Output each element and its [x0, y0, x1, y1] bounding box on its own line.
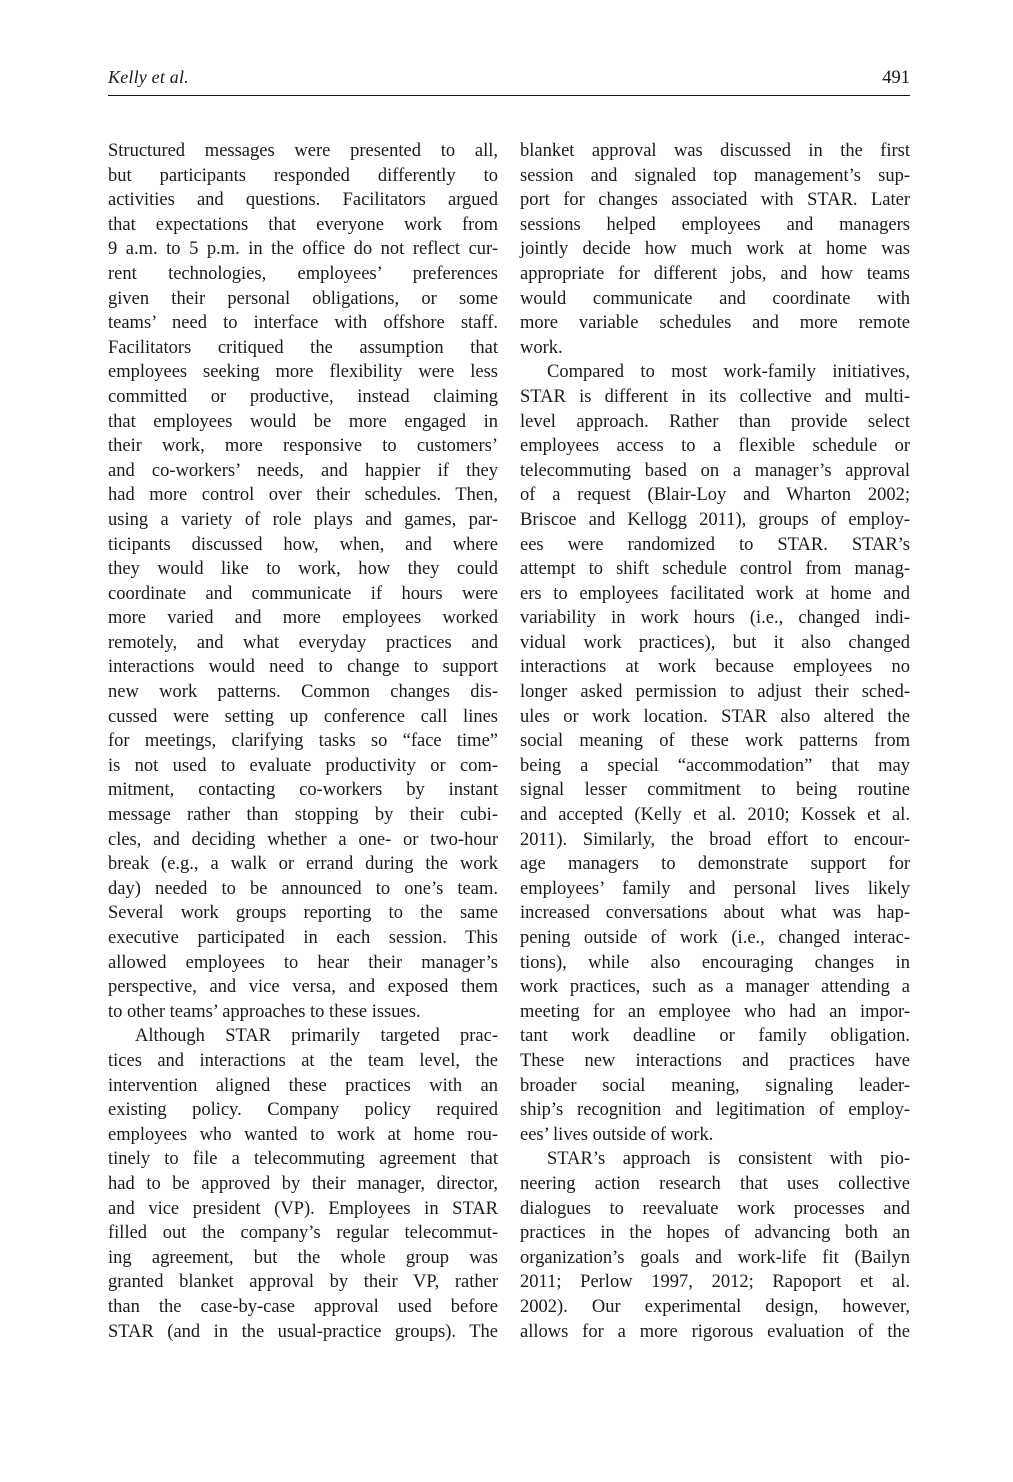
- text-line: break (e.g., a walk or errand during the…: [108, 852, 498, 877]
- text-line: STAR (and in the usual-practice groups).…: [108, 1320, 498, 1345]
- paragraph: Compared to most work-family initiatives…: [520, 360, 910, 1147]
- text-line: tions), while also encouraging changes i…: [520, 951, 910, 976]
- text-line: STAR is different in its collective and …: [520, 385, 910, 410]
- text-line: new work patterns. Common changes dis-: [108, 680, 498, 705]
- text-line: had to be approved by their manager, dir…: [108, 1172, 498, 1197]
- text-line: and accepted (Kelly et al. 2010; Kossek …: [520, 803, 910, 828]
- text-line: allowed employees to hear their manager’…: [108, 951, 498, 976]
- text-line: employees who wanted to work at home rou…: [108, 1123, 498, 1148]
- text-line: jointly decide how much work at home was: [520, 237, 910, 262]
- text-line: Compared to most work-family initiatives…: [520, 360, 910, 385]
- text-column-right: blanket approval was discussed in the fi…: [520, 139, 910, 1344]
- text-line: had more control over their schedules. T…: [108, 483, 498, 508]
- text-line: 2011). Similarly, the broad effort to en…: [520, 828, 910, 853]
- text-line: telecommuting based on a manager’s appro…: [520, 459, 910, 484]
- text-line: STAR’s approach is consistent with pio-: [520, 1147, 910, 1172]
- paragraph: blanket approval was discussed in the fi…: [520, 139, 910, 360]
- text-line: more varied and more employees worked: [108, 606, 498, 631]
- text-line: ing agreement, but the whole group was: [108, 1246, 498, 1271]
- text-line: intervention aligned these practices wit…: [108, 1074, 498, 1099]
- text-line: work.: [520, 336, 910, 361]
- text-line: tices and interactions at the team level…: [108, 1049, 498, 1074]
- text-line: longer asked permission to adjust their …: [520, 680, 910, 705]
- text-line: vidual work practices), but it also chan…: [520, 631, 910, 656]
- text-line: Briscoe and Kellogg 2011), groups of emp…: [520, 508, 910, 533]
- text-line: ees’ lives outside of work.: [520, 1123, 910, 1148]
- text-line: remotely, and what everyday practices an…: [108, 631, 498, 656]
- header-rule: [108, 95, 910, 96]
- text-line: rent technologies, employees’ preference…: [108, 262, 498, 287]
- text-line: allows for a more rigorous evaluation of…: [520, 1320, 910, 1345]
- text-line: using a variety of role plays and games,…: [108, 508, 498, 533]
- text-line: interactions at work because employees n…: [520, 655, 910, 680]
- text-line: message rather than stopping by their cu…: [108, 803, 498, 828]
- page-number: 491: [882, 67, 910, 89]
- text-line: they would like to work, how they could: [108, 557, 498, 582]
- text-line: cussed were setting up conference call l…: [108, 705, 498, 730]
- text-line: increased conversations about what was h…: [520, 901, 910, 926]
- paragraph: STAR’s approach is consistent with pio-n…: [520, 1147, 910, 1344]
- text-line: sessions helped employees and managers: [520, 213, 910, 238]
- text-line: that expectations that everyone work fro…: [108, 213, 498, 238]
- text-line: more variable schedules and more remote: [520, 311, 910, 336]
- text-line: their work, more responsive to customers…: [108, 434, 498, 459]
- text-line: ship’s recognition and legitimation of e…: [520, 1098, 910, 1123]
- text-line: existing policy. Company policy required: [108, 1098, 498, 1123]
- text-line: interactions would need to change to sup…: [108, 655, 498, 680]
- text-line: given their personal obligations, or som…: [108, 287, 498, 312]
- page-header: Kelly et al. 491: [108, 66, 910, 88]
- text-line: coordinate and communicate if hours were: [108, 582, 498, 607]
- text-line: port for changes associated with STAR. L…: [520, 188, 910, 213]
- text-line: 2011; Perlow 1997, 2012; Rapoport et al.: [520, 1270, 910, 1295]
- text-line: appropriate for different jobs, and how …: [520, 262, 910, 287]
- text-line: day) needed to be announced to one’s tea…: [108, 877, 498, 902]
- text-line: but participants responded differently t…: [108, 164, 498, 189]
- running-head: Kelly et al.: [108, 66, 189, 88]
- text-line: for meetings, clarifying tasks so “face …: [108, 729, 498, 754]
- text-line: Although STAR primarily targeted prac-: [108, 1024, 498, 1049]
- paragraph: Structured messages were presented to al…: [108, 139, 498, 1024]
- text-line: blanket approval was discussed in the fi…: [520, 139, 910, 164]
- text-line: of a request (Blair-Loy and Wharton 2002…: [520, 483, 910, 508]
- text-line: variability in work hours (i.e., changed…: [520, 606, 910, 631]
- text-line: filled out the company’s regular telecom…: [108, 1221, 498, 1246]
- text-line: attempt to shift schedule control from m…: [520, 557, 910, 582]
- text-line: is not used to evaluate productivity or …: [108, 754, 498, 779]
- text-line: teams’ need to interface with offshore s…: [108, 311, 498, 336]
- text-line: tant work deadline or family obligation.: [520, 1024, 910, 1049]
- text-line: and vice president (VP). Employees in ST…: [108, 1197, 498, 1222]
- text-line: would communicate and coordinate with: [520, 287, 910, 312]
- text-line: age managers to demonstrate support for: [520, 852, 910, 877]
- text-line: employees access to a flexible schedule …: [520, 434, 910, 459]
- text-line: These new interactions and practices hav…: [520, 1049, 910, 1074]
- text-line: dialogues to reevaluate work processes a…: [520, 1197, 910, 1222]
- text-line: cles, and deciding whether a one- or two…: [108, 828, 498, 853]
- text-line: executive participated in each session. …: [108, 926, 498, 951]
- text-line: tinely to file a telecommuting agreement…: [108, 1147, 498, 1172]
- text-line: ees were randomized to STAR. STAR’s: [520, 533, 910, 558]
- text-line: ers to employees facilitated work at hom…: [520, 582, 910, 607]
- text-line: broader social meaning, signaling leader…: [520, 1074, 910, 1099]
- text-line: committed or productive, instead claimin…: [108, 385, 498, 410]
- text-line: pening outside of work (i.e., changed in…: [520, 926, 910, 951]
- text-line: Structured messages were presented to al…: [108, 139, 498, 164]
- text-line: employees seeking more flexibility were …: [108, 360, 498, 385]
- text-line: employees’ family and personal lives lik…: [520, 877, 910, 902]
- text-line: session and signaled top management’s su…: [520, 164, 910, 189]
- text-line: practices in the hopes of advancing both…: [520, 1221, 910, 1246]
- text-line: that employees would be more engaged in: [108, 410, 498, 435]
- text-line: meeting for an employee who had an impor…: [520, 1000, 910, 1025]
- text-line: Facilitators critiqued the assumption th…: [108, 336, 498, 361]
- text-line: work practices, such as a manager attend…: [520, 975, 910, 1000]
- document-page: Kelly et al. 491 Structured messages wer…: [0, 0, 1013, 1482]
- text-line: ules or work location. STAR also altered…: [520, 705, 910, 730]
- text-line: than the case-by-case approval used befo…: [108, 1295, 498, 1320]
- text-line: to other teams’ approaches to these issu…: [108, 1000, 498, 1025]
- text-line: 9 a.m. to 5 p.m. in the office do not re…: [108, 237, 498, 262]
- text-line: ticipants discussed how, when, and where: [108, 533, 498, 558]
- text-line: perspective, and vice versa, and exposed…: [108, 975, 498, 1000]
- text-line: being a special “accommodation” that may: [520, 754, 910, 779]
- text-line: Several work groups reporting to the sam…: [108, 901, 498, 926]
- text-line: 2002). Our experimental design, however,: [520, 1295, 910, 1320]
- text-line: and co-workers’ needs, and happier if th…: [108, 459, 498, 484]
- text-line: organization’s goals and work-life fit (…: [520, 1246, 910, 1271]
- text-line: activities and questions. Facilitators a…: [108, 188, 498, 213]
- text-column-left: Structured messages were presented to al…: [108, 139, 498, 1344]
- text-line: granted blanket approval by their VP, ra…: [108, 1270, 498, 1295]
- article-body: Structured messages were presented to al…: [108, 139, 910, 1344]
- text-line: neering action research that uses collec…: [520, 1172, 910, 1197]
- text-line: signal lesser commitment to being routin…: [520, 778, 910, 803]
- paragraph: Although STAR primarily targeted prac-ti…: [108, 1024, 498, 1344]
- text-line: mitment, contacting co-workers by instan…: [108, 778, 498, 803]
- text-line: level approach. Rather than provide sele…: [520, 410, 910, 435]
- text-line: social meaning of these work patterns fr…: [520, 729, 910, 754]
